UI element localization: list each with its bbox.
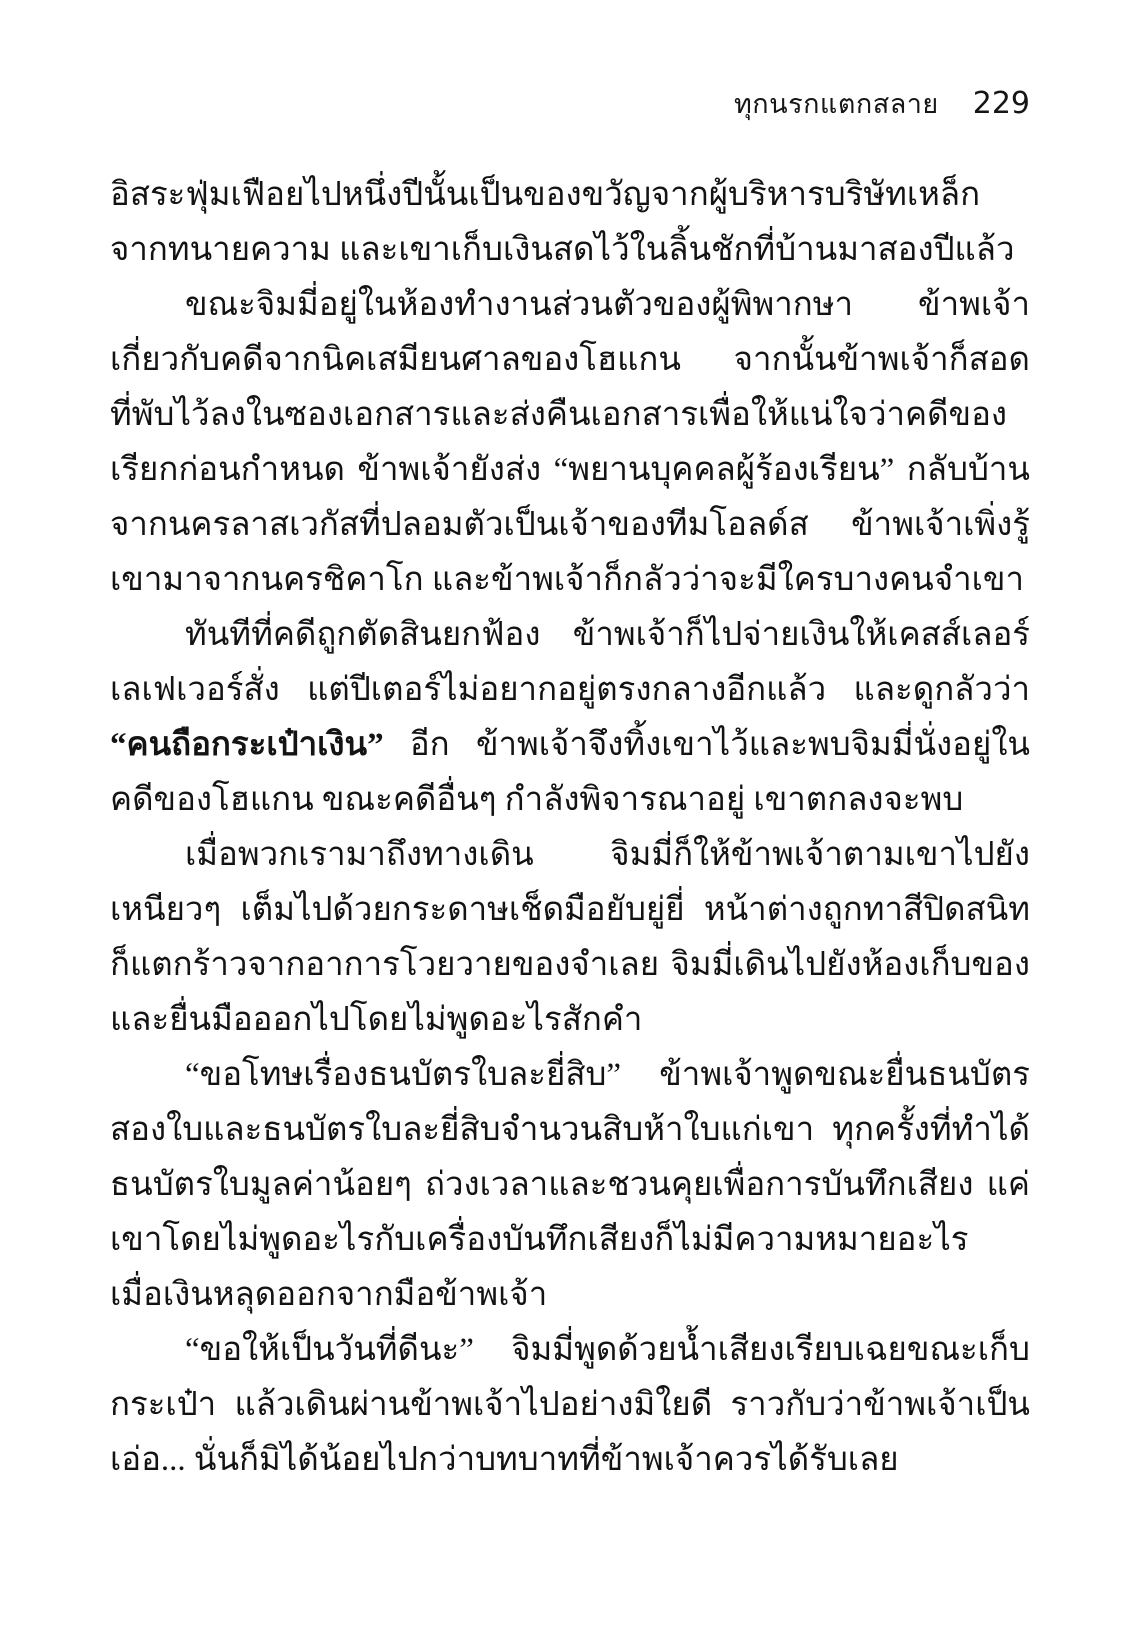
text-line: อิสระฟุ่มเฟือยไปหนึ่งปีนั้นเป็นของขวัญจา… <box>110 168 1030 223</box>
text-line: ที่พับไว้ลงในซองเอกสารและส่งคืนเอกสารเพื… <box>110 388 1030 443</box>
text-line: เขาโดยไม่พูดอะไรกับเครื่องบันทึกเสียงก็ไ… <box>110 1213 1030 1268</box>
text-segment: อิสระฟุ่มเฟือยไปหนึ่งปีนั้นเป็นของขวัญจา… <box>110 177 980 223</box>
bold-phrase: “คนถือกระเป๋าเงิน” <box>110 727 384 763</box>
text-line: ทันทีที่คดีถูกตัดสินยกฟ้อง ข้าพเจ้าก็ไปจ… <box>110 608 1030 663</box>
paragraph: อิสระฟุ่มเฟือยไปหนึ่งปีนั้นเป็นของขวัญจา… <box>110 168 1030 278</box>
text-segment: เกี่ยวกับคดีจากนิคเสมียนศาลของโฮแกน จากน… <box>110 342 1030 388</box>
text-line: จากนครลาสเวกัสที่ปลอมตัวเป็นเจ้าของทีมโอ… <box>110 498 1030 553</box>
text-segment: เรียกก่อนกำหนด ข้าพเจ้ายังส่ง “พยานบุคคล… <box>110 452 1030 498</box>
text-line: เหนียวๆ เต็มไปด้วยกระดาษเช็ดมือยับยู่ยี่… <box>110 883 1030 938</box>
text-segment: “ขอให้เป็นวันที่ดีนะ” จิมมี่พูดด้วยน้ำเส… <box>110 1332 1030 1378</box>
text-line: คดีของโฮแกน ขณะคดีอื่นๆ กำลังพิจารณาอยู่… <box>110 773 1030 828</box>
text-line: และยื่นมือออกไปโดยไม่พูดอะไรสักคำ <box>110 993 1030 1048</box>
text-line: จากทนายความ และเขาเก็บเงินสดไว้ในลิ้นชัก… <box>110 223 1030 278</box>
text-segment: และยื่นมือออกไปโดยไม่พูดอะไรสักคำ <box>110 1002 642 1038</box>
running-title: ทุกนรกแตกสลาย <box>734 82 939 125</box>
text-segment: สองใบและธนบัตรใบละยี่สิบจำนวนสิบห้าใบแก่… <box>110 1112 1030 1158</box>
text-line: เมื่อพวกเรามาถึงทางเดิน จิมมี่ก็ให้ข้าพเ… <box>110 828 1030 883</box>
text-line: เอ่อ... นั่นก็มิได้น้อยไปกว่าบทบาทที่ข้า… <box>110 1433 1030 1488</box>
text-block: อิสระฟุ่มเฟือยไปหนึ่งปีนั้นเป็นของขวัญจา… <box>110 168 1030 1488</box>
text-segment: ก็แตกร้าวจากอาการโวยวายของจำเลย จิมมี่เด… <box>110 947 1030 993</box>
text-segment: คดีของโฮแกน ขณะคดีอื่นๆ กำลังพิจารณาอยู่… <box>110 782 963 828</box>
paragraph: “ขอโทษเรื่องธนบัตรใบละยี่สิบ” ข้าพเจ้าพู… <box>110 1048 1030 1323</box>
page-header: ทุกนรกแตกสลาย 229 <box>110 82 1030 125</box>
paragraph: เมื่อพวกเรามาถึงทางเดิน จิมมี่ก็ให้ข้าพเ… <box>110 828 1030 1048</box>
text-line: เลเฟเวอร์สั่ง แต่ปีเตอร์ไม่อยากอยู่ตรงกล… <box>110 663 1030 718</box>
text-segment: เหนียวๆ เต็มไปด้วยกระดาษเช็ดมือยับยู่ยี่… <box>110 892 1030 938</box>
text-segment: ขณะจิมมี่อยู่ในห้องทำงานส่วนตัวของผู้พิพ… <box>110 287 1030 333</box>
text-segment: จากนครลาสเวกัสที่ปลอมตัวเป็นเจ้าของทีมโอ… <box>110 507 1030 553</box>
paragraph: ทันทีที่คดีถูกตัดสินยกฟ้อง ข้าพเจ้าก็ไปจ… <box>110 608 1030 828</box>
text-line: เขามาจากนครชิคาโก และข้าพเจ้าก็กลัวว่าจะ… <box>110 553 1030 608</box>
text-segment: กระเป๋า แล้วเดินผ่านข้าพเจ้าไปอย่างมิใยด… <box>110 1387 1030 1433</box>
text-line: เรียกก่อนกำหนด ข้าพเจ้ายังส่ง “พยานบุคคล… <box>110 443 1030 498</box>
text-segment: เลเฟเวอร์สั่ง แต่ปีเตอร์ไม่อยากอยู่ตรงกล… <box>110 672 1030 718</box>
text-line: ก็แตกร้าวจากอาการโวยวายของจำเลย จิมมี่เด… <box>110 938 1030 993</box>
text-segment: ที่พับไว้ลงในซองเอกสารและส่งคืนเอกสารเพื… <box>110 397 1007 443</box>
text-segment: เขามาจากนครชิคาโก และข้าพเจ้าก็กลัวว่าจะ… <box>110 562 1024 608</box>
text-line: เกี่ยวกับคดีจากนิคเสมียนศาลของโฮแกน จากน… <box>110 333 1030 388</box>
text-segment: “ขอโทษเรื่องธนบัตรใบละยี่สิบ” ข้าพเจ้าพู… <box>110 1057 1030 1103</box>
text-line: เมื่อเงินหลุดออกจากมือข้าพเจ้า <box>110 1268 1030 1323</box>
paragraph: ขณะจิมมี่อยู่ในห้องทำงานส่วนตัวของผู้พิพ… <box>110 278 1030 608</box>
text-segment: เอ่อ... นั่นก็มิได้น้อยไปกว่าบทบาทที่ข้า… <box>110 1442 899 1478</box>
text-segment: เมื่อพวกเรามาถึงทางเดิน จิมมี่ก็ให้ข้าพเ… <box>110 837 1030 883</box>
text-line: ขณะจิมมี่อยู่ในห้องทำงานส่วนตัวของผู้พิพ… <box>110 278 1030 333</box>
text-line: สองใบและธนบัตรใบละยี่สิบจำนวนสิบห้าใบแก่… <box>110 1103 1030 1158</box>
text-line: กระเป๋า แล้วเดินผ่านข้าพเจ้าไปอย่างมิใยด… <box>110 1378 1030 1433</box>
text-line: ธนบัตรใบมูลค่าน้อยๆ ถ่วงเวลาและชวนคุยเพื… <box>110 1158 1030 1213</box>
text-segment: ธนบัตรใบมูลค่าน้อยๆ ถ่วงเวลาและชวนคุยเพื… <box>110 1167 1030 1213</box>
text-segment: เขาโดยไม่พูดอะไรกับเครื่องบันทึกเสียงก็ไ… <box>110 1222 969 1268</box>
text-line: “คนถือกระเป๋าเงิน” อีก ข้าพเจ้าจึงทิ้งเข… <box>110 718 1030 773</box>
paragraph: “ขอให้เป็นวันที่ดีนะ” จิมมี่พูดด้วยน้ำเส… <box>110 1323 1030 1488</box>
text-segment: ทันทีที่คดีถูกตัดสินยกฟ้อง ข้าพเจ้าก็ไปจ… <box>110 617 1030 663</box>
text-segment: จากทนายความ และเขาเก็บเงินสดไว้ในลิ้นชัก… <box>110 232 1015 268</box>
page-number: 229 <box>973 86 1030 121</box>
text-segment: เมื่อเงินหลุดออกจากมือข้าพเจ้า <box>110 1277 547 1313</box>
text-line: “ขอให้เป็นวันที่ดีนะ” จิมมี่พูดด้วยน้ำเส… <box>110 1323 1030 1378</box>
book-page: ทุกนรกแตกสลาย 229 อิสระฟุ่มเฟือยไปหนึ่งป… <box>0 0 1126 1638</box>
text-line: “ขอโทษเรื่องธนบัตรใบละยี่สิบ” ข้าพเจ้าพู… <box>110 1048 1030 1103</box>
